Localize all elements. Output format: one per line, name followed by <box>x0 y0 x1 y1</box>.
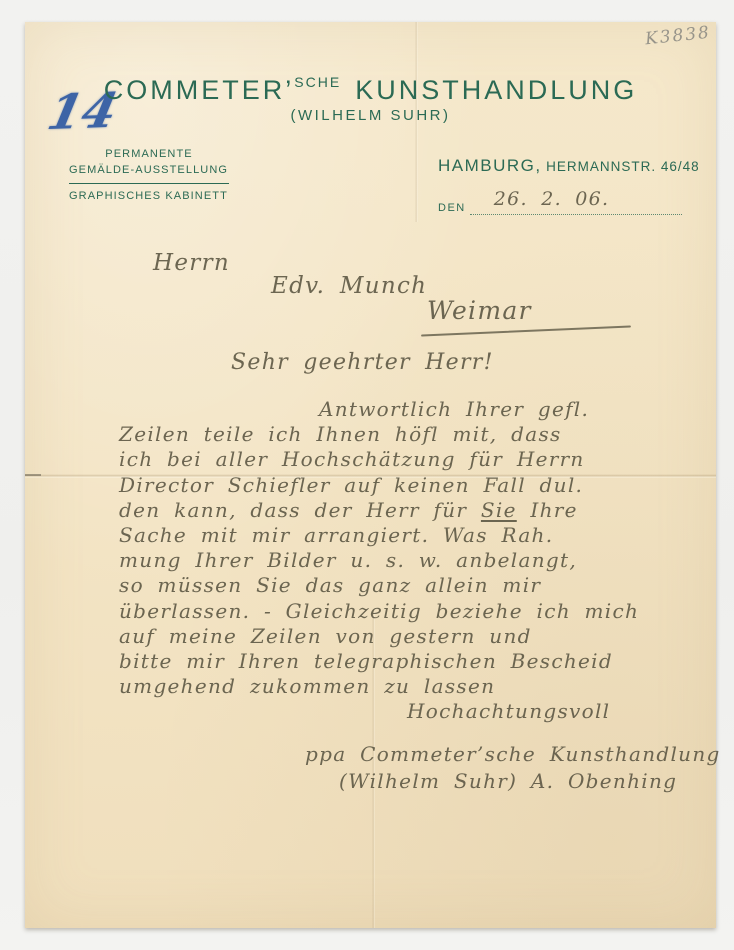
recipient-place: Weimar <box>427 296 532 325</box>
underlined-word: Sie <box>481 498 517 522</box>
company-superscript: SCHE <box>294 74 341 90</box>
letterhead-company-name: COMMETER’SCHEKUNSTHANDLUNG <box>25 74 716 106</box>
recipient-name: Edv. Munch <box>271 273 427 299</box>
left-block-rule <box>69 183 229 184</box>
body-line: überlassen. - Gleichzeitig beziehe ich m… <box>119 599 679 624</box>
body-line: Director Schiefler auf keinen Fall dul. <box>119 473 679 498</box>
body-line: mung Ihrer Bilder u. s. w. anbelangt, <box>119 548 679 573</box>
company-tail: KUNSTHANDLUNG <box>355 75 637 105</box>
body-line: ich bei aller Hochschätzung für Herrn <box>119 447 679 472</box>
closing-formula: Hochachtungsvoll <box>119 699 679 724</box>
body-line: Zeilen teile ich Ihnen höfl mit, dass <box>119 422 679 447</box>
date-label: DEN <box>438 202 466 215</box>
left-block-line1: PERMANENTE <box>69 148 229 160</box>
body-line: Antwortlich Ihrer gefl. <box>119 397 679 422</box>
letterhead-proprietor: (WILHELM SUHR) <box>25 107 716 124</box>
body-line-part: Ihre <box>517 498 578 522</box>
letterhead-address: HAMBURG, HERMANNSTR. 46/48 <box>438 156 700 176</box>
letterhead-left-block: PERMANENTE GEMÄLDE-AUSSTELLUNG GRAPHISCH… <box>69 148 229 202</box>
body-line: bitte mir Ihren telegraphischen Bescheid <box>119 649 679 674</box>
left-block-line3: GRAPHISCHES KABINETT <box>69 190 229 202</box>
address-street: HERMANNSTR. 46/48 <box>546 159 700 174</box>
body-line: umgehend zukommen zu lassen <box>119 674 679 699</box>
address-city: HAMBURG, <box>438 156 542 175</box>
body-line-part: den kann, dass der Herr für <box>119 498 481 522</box>
recipient-place-underline <box>421 325 631 336</box>
margin-pencil-dash <box>25 474 41 476</box>
letter-body: Antwortlich Ihrer gefl. Zeilen teile ich… <box>119 397 679 725</box>
company-main: COMMETER’ <box>104 75 295 105</box>
letter-paper: K3838 14 COMMETER’SCHEKUNSTHANDLUNG (WIL… <box>25 22 716 928</box>
date-value: 26. 2. 06. <box>494 188 610 210</box>
archive-number-annotation: K3838 <box>644 23 712 50</box>
body-line: so müssen Sie das ganz allein mir <box>119 573 679 598</box>
body-line: auf meine Zeilen von gestern und <box>119 624 679 649</box>
salutation: Sehr geehrter Herr! <box>231 350 494 375</box>
left-block-line2: GEMÄLDE-AUSSTELLUNG <box>69 164 229 176</box>
signature-names: (Wilhelm Suhr) A. Obenhing <box>339 769 677 793</box>
date-row: DEN 26. 2. 06. <box>438 192 682 215</box>
signature-company: ppa Commeter’sche Kunsthandlung <box>305 742 721 766</box>
recipient-title: Herrn <box>153 250 230 276</box>
body-line: Sache mit mir arrangiert. Was Rah. <box>119 523 679 548</box>
date-dotted-line: 26. 2. 06. <box>470 192 682 215</box>
body-line: den kann, dass der Herr für Sie Ihre <box>119 498 679 523</box>
